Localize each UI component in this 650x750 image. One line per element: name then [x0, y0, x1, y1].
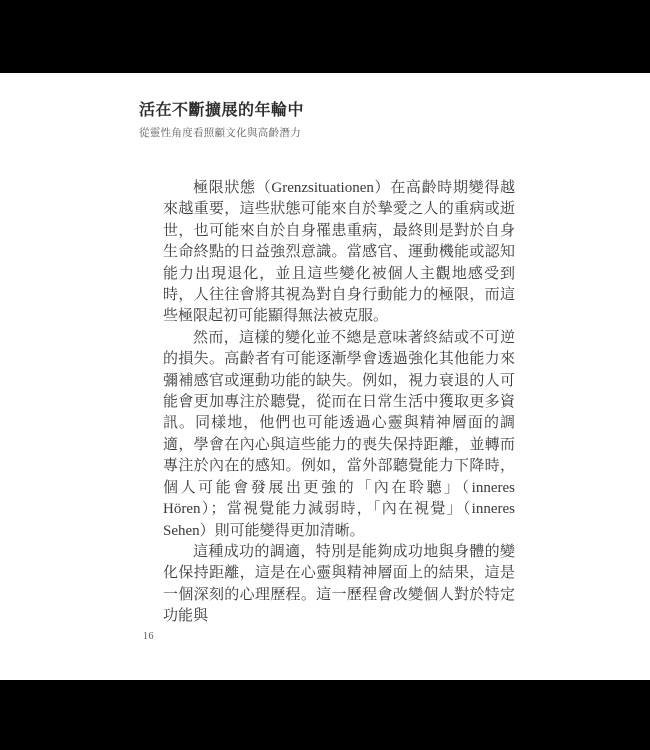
chapter-title: 活在不斷擴展的年輪中: [139, 101, 304, 121]
letterbox-bottom: [0, 680, 650, 750]
body-text-block: 極限狀態（Grenzsituationen）在高齡時期變得越來越重要，這些狀態可…: [163, 178, 515, 628]
paragraph-1: 極限狀態（Grenzsituationen）在高齡時期變得越來越重要，這些狀態可…: [163, 178, 515, 328]
chapter-subtitle: 從靈性角度看照顧文化與高齡潛力: [139, 125, 304, 140]
paragraph-3: 這種成功的調適，特別是能夠成功地與身體的變化保持距離，這是在心靈與精神層面上的結…: [163, 542, 515, 628]
page-number: 16: [143, 631, 154, 642]
letterbox-top: [0, 0, 650, 73]
book-page: 活在不斷擴展的年輪中 從靈性角度看照顧文化與高齡潛力 極限狀態（Grenzsit…: [0, 73, 650, 680]
chapter-header: 活在不斷擴展的年輪中 從靈性角度看照顧文化與高齡潛力: [139, 101, 304, 140]
paragraph-2: 然而，這樣的變化並不總是意味著終結或不可逆的損失。高齡者有可能逐漸學會透過強化其…: [163, 328, 515, 542]
